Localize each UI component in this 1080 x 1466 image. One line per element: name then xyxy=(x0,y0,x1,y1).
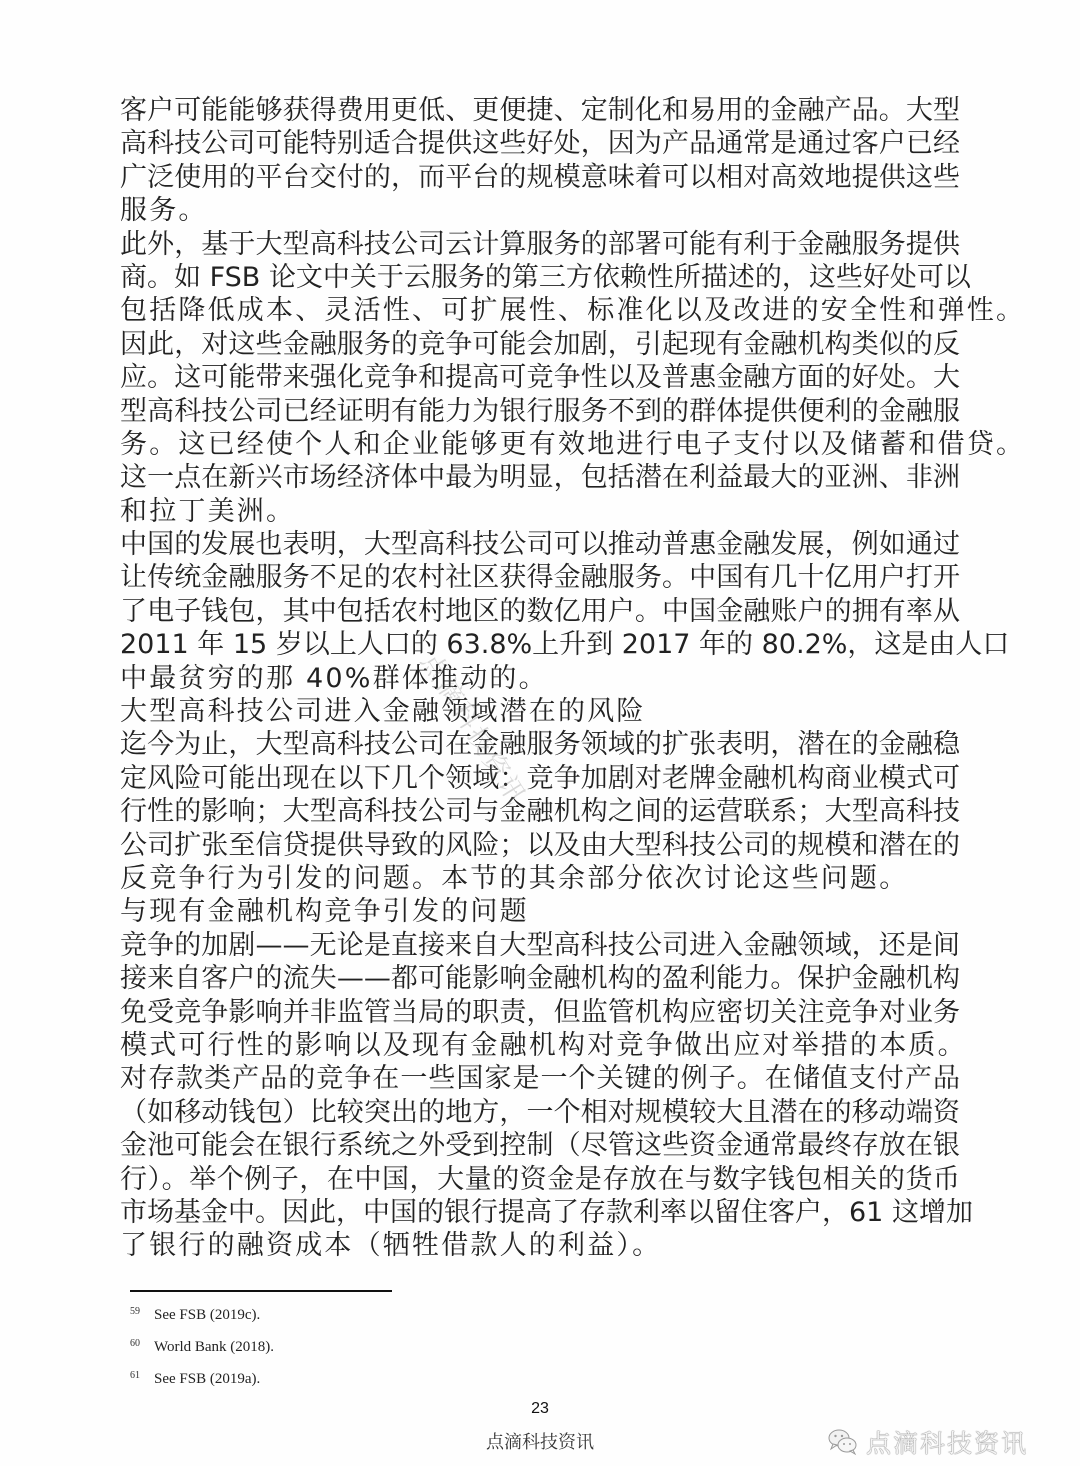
text-line: （如移动钱包）比较突出的地方，一个相对规模较大且潜在的移动端资 xyxy=(120,1096,960,1129)
text-line: 客户可能能够获得费用更低、更便捷、定制化和易用的金融产品。大型 xyxy=(120,94,960,127)
text-line: 务。这已经使个人和企业能够更有效地进行电子支付以及储蓄和借贷。 xyxy=(120,428,960,461)
text-line: 包括降低成本、灵活性、可扩展性、标准化以及改进的安全性和弹性。 xyxy=(120,294,960,327)
document-page: 客户可能能够获得费用更低、更便捷、定制化和易用的金融产品。大型高科技公司可能特别… xyxy=(0,0,1080,1466)
text-line: 行）。举个例子，在中国，大量的资金是存放在与数字钱包相关的货币 xyxy=(120,1163,960,1196)
page-number: 23 xyxy=(0,1400,1080,1418)
text-line: 竞争的加剧——无论是直接来自大型高科技公司进入金融领域，还是间 xyxy=(120,929,960,962)
body-text: 客户可能能够获得费用更低、更便捷、定制化和易用的金融产品。大型高科技公司可能特别… xyxy=(120,94,960,1263)
text-line: 了银行的融资成本（牺牲借款人的利益）。 xyxy=(120,1229,960,1262)
text-line: 和拉丁美洲。 xyxy=(120,495,960,528)
text-line: 金池可能会在银行系统之外受到控制（尽管这些资金通常最终存放在银 xyxy=(120,1129,960,1162)
footnote-number: 61 xyxy=(130,1360,154,1392)
text-line: 商。如 FSB 论文中关于云服务的第三方依赖性所描述的，这些好处可以 xyxy=(120,261,960,294)
text-line: 服务。 xyxy=(120,194,960,227)
text-line: 市场基金中。因此，中国的银行提高了存款利率以留住客户，61 这增加 xyxy=(120,1196,960,1229)
text-line: 因此，对这些金融服务的竞争可能会加剧，引起现有金融机构类似的反 xyxy=(120,328,960,361)
footnote-number: 60 xyxy=(130,1328,154,1360)
wechat-icon xyxy=(828,1428,858,1456)
footnotes: 59See FSB (2019c). 60World Bank (2018). … xyxy=(130,1296,274,1392)
text-line: 中国的发展也表明，大型高科技公司可以推动普惠金融发展，例如通过 xyxy=(120,528,960,561)
text-line: 广泛使用的平台交付的，而平台的规模意味着可以相对高效地提供这些 xyxy=(120,161,960,194)
wechat-watermark: 点滴科技资讯 xyxy=(828,1424,1028,1460)
text-line: 定风险可能出现在以下几个领域：竞争加剧对老牌金融机构商业模式可 xyxy=(120,762,960,795)
text-line: 与现有金融机构竞争引发的问题 xyxy=(120,895,960,928)
footnote-text: See FSB (2019a). xyxy=(154,1371,260,1387)
text-line: 模式可行性的影响以及现有金融机构对竞争做出应对举措的本质。 xyxy=(120,1029,960,1062)
text-line: 这一点在新兴市场经济体中最为明显，包括潜在利益最大的亚洲、非洲 xyxy=(120,461,960,494)
footnote-number: 59 xyxy=(130,1296,154,1328)
wechat-watermark-text: 点滴科技资讯 xyxy=(866,1424,1028,1460)
footnote-60: 60World Bank (2018). xyxy=(130,1328,274,1360)
text-line: 应。这可能带来强化竞争和提高可竞争性以及普惠金融方面的好处。大 xyxy=(120,361,960,394)
footnote-59: 59See FSB (2019c). xyxy=(130,1296,274,1328)
text-line: 高科技公司可能特别适合提供这些好处，因为产品通常是通过客户已经 xyxy=(120,127,960,160)
text-line: 公司扩张至信贷提供导致的风险；以及由大型科技公司的规模和潜在的 xyxy=(120,829,960,862)
text-line: 行性的影响；大型高科技公司与金融机构之间的运营联系；大型高科技 xyxy=(120,795,960,828)
text-line: 对存款类产品的竞争在一些国家是一个关键的例子。在储值支付产品 xyxy=(120,1062,960,1095)
text-line: 接来自客户的流失——都可能影响金融机构的盈利能力。保护金融机构 xyxy=(120,962,960,995)
text-line: 了电子钱包，其中包括农村地区的数亿用户。中国金融账户的拥有率从 xyxy=(120,595,960,628)
footnote-text: See FSB (2019c). xyxy=(154,1307,260,1323)
text-line: 此外，基于大型高科技公司云计算服务的部署可能有利于金融服务提供 xyxy=(120,228,960,261)
text-line: 中最贫穷的那 40%群体推动的。 xyxy=(120,662,960,695)
footnote-61: 61See FSB (2019a). xyxy=(130,1360,274,1392)
text-line: 大型高科技公司进入金融领域潜在的风险 xyxy=(120,695,960,728)
text-line: 反竞争行为引发的问题。本节的其余部分依次讨论这些问题。 xyxy=(120,862,960,895)
text-line: 迄今为止，大型高科技公司在金融服务领域的扩张表明，潜在的金融稳 xyxy=(120,728,960,761)
text-line: 型高科技公司已经证明有能力为银行服务不到的群体提供便利的金融服 xyxy=(120,395,960,428)
footnote-divider xyxy=(130,1290,392,1292)
footnote-text: World Bank (2018). xyxy=(154,1339,274,1355)
text-line: 2011 年 15 岁以上人口的 63.8%上升到 2017 年的 80.2%，… xyxy=(120,628,960,661)
text-line: 免受竞争影响并非监管当局的职责，但监管机构应密切关注竞争对业务 xyxy=(120,996,960,1029)
text-line: 让传统金融服务不足的农村社区获得金融服务。中国有几十亿用户打开 xyxy=(120,561,960,594)
